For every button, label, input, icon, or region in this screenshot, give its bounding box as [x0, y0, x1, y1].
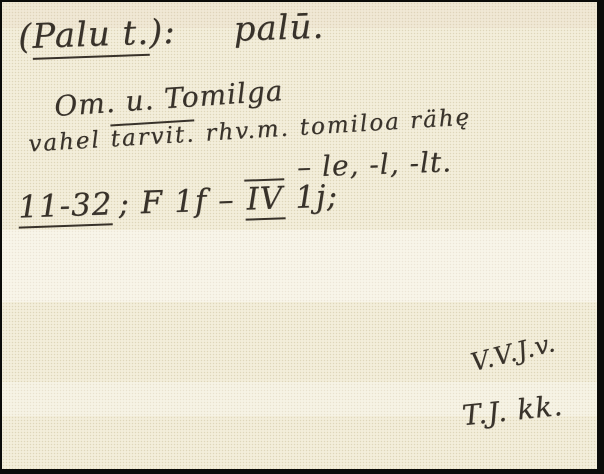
note-line-1: Om. u. Tomilga — [53, 74, 284, 123]
reference-tail: 1j; — [295, 178, 339, 215]
reference-roman-numeral: IV — [244, 178, 286, 220]
note-word-tarvit: tarvit. — [110, 119, 196, 152]
reference-line: 11-32; F 1f –IV1j; — [17, 178, 338, 225]
headword-line: (Palu t.):palū. — [17, 7, 325, 58]
scan-background: (Palu t.):palū. Om. u. Tomilga vaheltarv… — [0, 0, 604, 474]
paper-highlight-band — [2, 230, 597, 302]
index-card: (Palu t.):palū. Om. u. Tomilga vaheltarv… — [2, 2, 597, 469]
headword: Palu t. — [32, 13, 150, 60]
headword-close-paren: ): — [148, 12, 176, 53]
note-word-rhvm: rhv.m. — [205, 116, 291, 147]
reference-mid: ; F 1f – — [118, 182, 235, 222]
note-line-suffixes: – le, -l, -lt. — [296, 145, 452, 183]
note-word-tomiloa: tomiloa rähę — [299, 104, 472, 140]
signature-initials-2: T.J. kk. — [461, 389, 565, 432]
reference-number: 11-32 — [17, 186, 113, 228]
signature-initials-1: V.V.J.v. — [468, 328, 559, 377]
note-word-vahel: vahel — [28, 127, 102, 157]
headword-gloss: palū. — [233, 7, 325, 50]
